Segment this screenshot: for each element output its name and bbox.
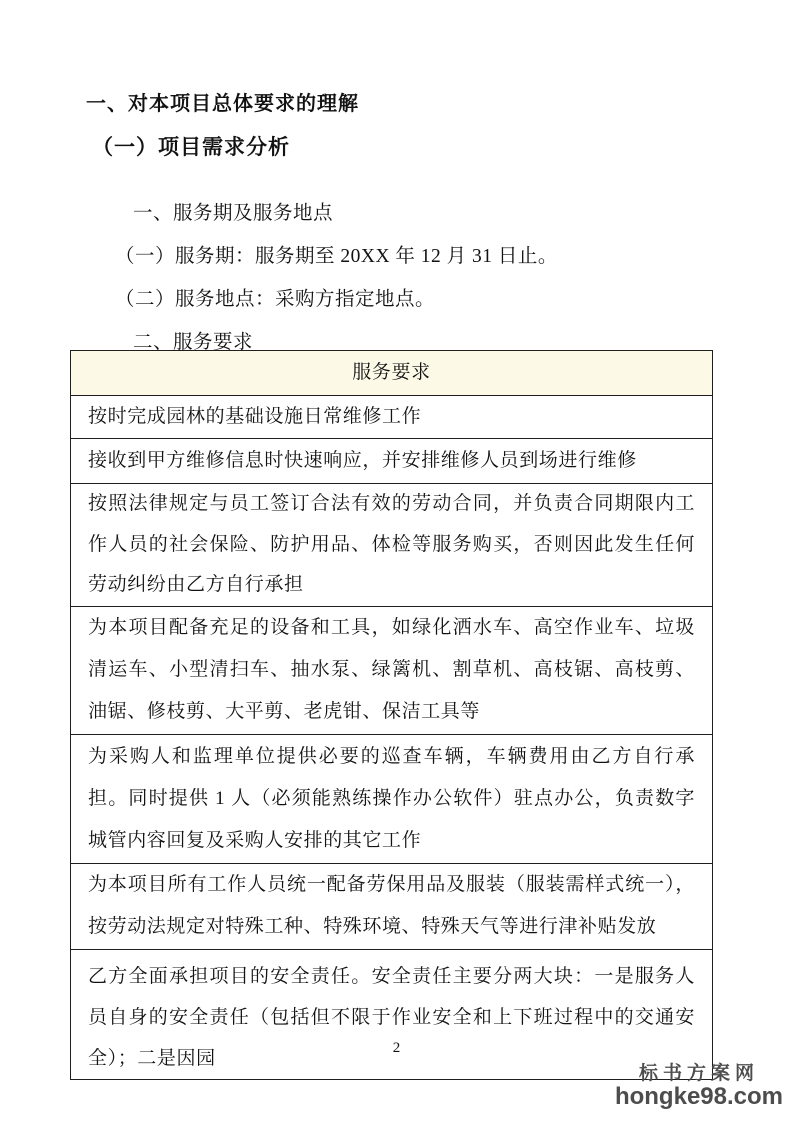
table-cell: 为本项目所有工作人员统一配备劳保用品及服装（服装需样式统一），按劳动法规定对特殊… <box>71 863 713 949</box>
table-row: 乙方全面承担项目的安全责任。安全责任主要分两大块：一是服务人员自身的安全责任（包… <box>71 949 713 1079</box>
table-cell: 为本项目配备充足的设备和工具，如绿化洒水车、高空作业车、垃圾清运车、小型清扫车、… <box>71 606 713 734</box>
table-row: 为本项目所有工作人员统一配备劳保用品及服装（服装需样式统一），按劳动法规定对特殊… <box>71 863 713 949</box>
table-cell: 按时完成园林的基础设施日常维修工作 <box>71 396 713 439</box>
table-cell: 为采购人和监理单位提供必要的巡查车辆，车辆费用由乙方自行承担。同时提供 1 人（… <box>71 734 713 863</box>
table-cell: 乙方全面承担项目的安全责任。安全责任主要分两大块：一是服务人员自身的安全责任（包… <box>71 949 713 1079</box>
page-number: 2 <box>0 1040 793 1057</box>
table-row: 接收到甲方维修信息时快速响应，并安排维修人员到场进行维修 <box>71 439 713 484</box>
table-header-cell: 服务要求 <box>71 351 713 396</box>
watermark-site-name: 标书方案网 <box>615 1063 783 1084</box>
watermark-site-url: hongke98.com <box>615 1084 783 1109</box>
table-header-row: 服务要求 <box>71 351 713 396</box>
section-heading-main: 一、对本项目总体要求的理解 <box>86 87 359 116</box>
table-row: 为本项目配备充足的设备和工具，如绿化洒水车、高空作业车、垃圾清运车、小型清扫车、… <box>71 606 713 734</box>
service-requirements-table: 服务要求 按时完成园林的基础设施日常维修工作 接收到甲方维修信息时快速响应，并安… <box>70 350 713 1080</box>
table-cell: 接收到甲方维修信息时快速响应，并安排维修人员到场进行维修 <box>71 439 713 484</box>
table-row: 为采购人和监理单位提供必要的巡查车辆，车辆费用由乙方自行承担。同时提供 1 人（… <box>71 734 713 863</box>
paragraph-service-period-title: 一、服务期及服务地点 <box>133 197 333 225</box>
watermark: 标书方案网 hongke98.com <box>615 1063 783 1109</box>
paragraph-service-location: （二）服务地点：采购方指定地点。 <box>115 283 435 311</box>
paragraph-service-period: （一）服务期：服务期至 20XX 年 12 月 31 日止。 <box>115 240 558 268</box>
section-heading-sub: （一）项目需求分析 <box>92 131 290 161</box>
table-row: 按时完成园林的基础设施日常维修工作 <box>71 396 713 439</box>
table-row: 按照法律规定与员工签订合法有效的劳动合同，并负责合同期限内工作人员的社会保险、防… <box>71 484 713 607</box>
table-cell: 按照法律规定与员工签订合法有效的劳动合同，并负责合同期限内工作人员的社会保险、防… <box>71 484 713 607</box>
document-page: { "headings": { "h1": "一、对本项目总体要求的理解", "… <box>0 0 793 1122</box>
